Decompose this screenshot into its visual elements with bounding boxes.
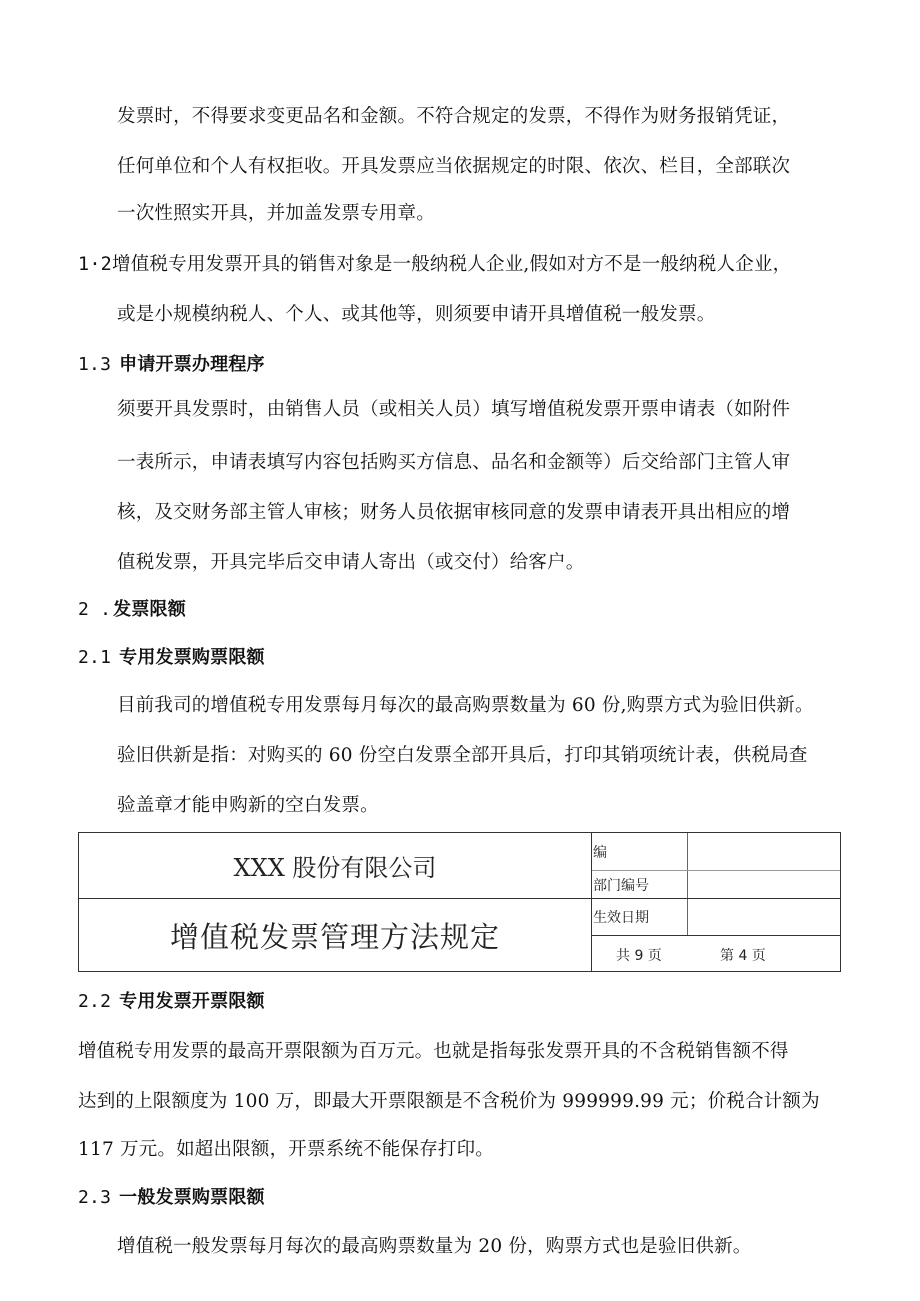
paragraph-line: 目前我司的增值税专用发票每月每次的最高购票数量为 60 份,购票方式为验旧供新。 — [117, 694, 814, 718]
meta-row-code: 编 — [592, 833, 840, 871]
paragraph-line: 一次性照实开具，并加盖发票专用章。 — [117, 202, 435, 226]
section-title: 一般发票购票限额 — [119, 1187, 265, 1208]
section-heading-2: 2 .发票限额 — [78, 598, 186, 622]
paragraph-line: 或是小规模纳税人、个人、或其他等，则须要申请开具增值税一般发票。 — [117, 303, 715, 327]
paragraph-line: 117 万元。如超出限额，开票系统不能保存打印。 — [78, 1138, 494, 1162]
section-text: 增值税专用发票开具的销售对象是一般纳税人企业,假如对方不是一般纳税人企业， — [112, 254, 791, 275]
paragraph-line: 值税发票，开具完毕后交申请人寄出（或交付）给客户。 — [117, 551, 585, 575]
paragraph-line: 验盖章才能申购新的空白发票。 — [117, 794, 379, 818]
section-title: 发票限额 — [113, 599, 186, 620]
section-number: 1·2 — [78, 254, 112, 275]
meta-row-effective-date: 生效日期 — [592, 899, 840, 936]
meta-label: 编 — [592, 833, 688, 870]
page-info: 共 9 页 第 4 页 — [592, 936, 840, 971]
paragraph-line: 验旧供新是指：对购买的 60 份空白发票全部开具后，打印其销项统计表，供税局查 — [117, 744, 808, 768]
section-heading-2-2: 2.2专用发票开票限额 — [78, 990, 265, 1014]
section-number: 2.2 — [78, 991, 111, 1012]
paragraph-line: 增值税一般发票每月每次的最高购票数量为 20 份，购票方式也是验旧供新。 — [117, 1235, 752, 1259]
meta-value — [689, 833, 840, 870]
paragraph-line: 增值税专用发票的最高开票限额为百万元。也就是指每张发票开具的不含税销售额不得 — [78, 1040, 789, 1064]
header-meta: 编 部门编号 生效日期 共 9 页 第 4 页 — [592, 833, 840, 971]
total-pages: 共 9 页 — [616, 945, 662, 965]
paragraph-line: 核，及交财务部主管人审核；财务人员依据审核同意的发票申请表开具出相应的增 — [117, 501, 790, 525]
section-heading-2-3: 2.3一般发票购票限额 — [78, 1186, 265, 1210]
document-title: 增值税发票管理方法规定 — [79, 899, 591, 971]
paragraph-line: 须要开具发票时，由销售人员（或相关人员）填写增值税发票开票申请表（如附件 — [117, 398, 790, 422]
paragraph-line: 发票时，不得要求变更品名和金额。不符合规定的发票，不得作为财务报销凭证， — [117, 105, 790, 129]
section-title: 专用发票购票限额 — [119, 647, 265, 668]
section-number: 1.3 — [78, 354, 111, 375]
paragraph-line: 达到的上限额度为 100 万，即最大开票限额是不含税价为 999999.99 元… — [78, 1090, 820, 1114]
section-number: 2 . — [78, 599, 111, 620]
meta-value — [689, 899, 840, 935]
header-left-cell: XXX 股份有限公司 增值税发票管理方法规定 — [79, 833, 592, 971]
meta-row-department-code: 部门编号 — [592, 871, 840, 899]
section-1-2-first-line: 1·2增值税专用发票开具的销售对象是一般纳税人企业,假如对方不是一般纳税人企业， — [78, 253, 791, 277]
section-heading-1-3: 1.3申请开票办理程序 — [78, 353, 265, 377]
paragraph-line: 任何单位和个人有权拒收。开具发票应当依据规定的时限、依次、栏目，全部联次 — [117, 155, 790, 179]
paragraph-line: 一表所示，申请表填写内容包括购买方信息、品名和金额等）后交给部门主管人审 — [117, 451, 790, 475]
company-name: XXX 股份有限公司 — [79, 833, 591, 899]
meta-value — [689, 871, 840, 898]
section-number: 2.1 — [78, 647, 111, 668]
meta-label: 部门编号 — [592, 871, 688, 898]
current-page: 第 4 页 — [720, 945, 766, 965]
section-heading-2-1: 2.1专用发票购票限额 — [78, 646, 265, 670]
section-title: 申请开票办理程序 — [119, 354, 265, 375]
document-header-table: XXX 股份有限公司 增值税发票管理方法规定 编 部门编号 生效日期 共 9 页… — [78, 832, 841, 972]
meta-label: 生效日期 — [592, 899, 688, 935]
section-number: 2.3 — [78, 1187, 111, 1208]
section-title: 专用发票开票限额 — [119, 991, 265, 1012]
